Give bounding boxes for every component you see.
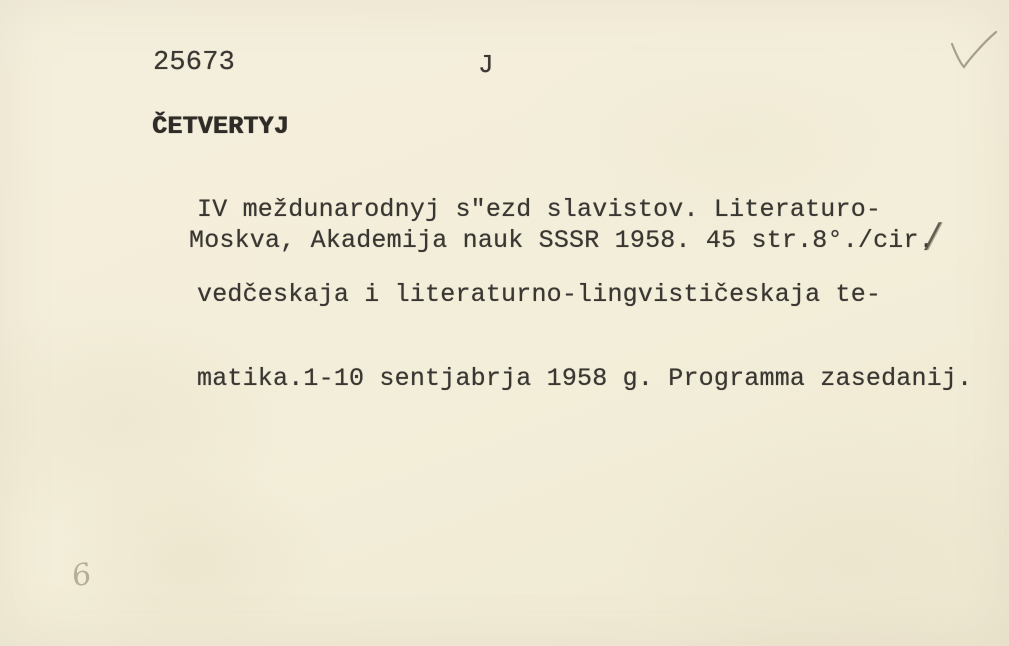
title-body: IV meždunarodnyj s"ezd slavistov. Litera… <box>197 139 972 451</box>
pencil-number-mark: 6 <box>71 557 91 595</box>
title-line-2: vedčeskaja i literaturno-lingvističeskaj… <box>197 282 972 309</box>
letter-mark: J <box>478 50 494 80</box>
title-line-3: matika.1-10 sentjabrja 1958 g. Programma… <box>197 366 972 393</box>
title-line-1: IV meždunarodnyj s"ezd slavistov. Litera… <box>197 197 972 224</box>
catalog-card: 25673 J ČETVERTYJ IV meždunarodnyj s"ezd… <box>0 0 1009 646</box>
pencil-checkmark-icon <box>938 22 1008 82</box>
catalog-number: 25673 <box>153 48 235 78</box>
imprint-line: Moskva, Akademija nauk SSSR 1958. 45 str… <box>189 226 934 255</box>
card-heading: ČETVERTYJ <box>152 112 289 141</box>
